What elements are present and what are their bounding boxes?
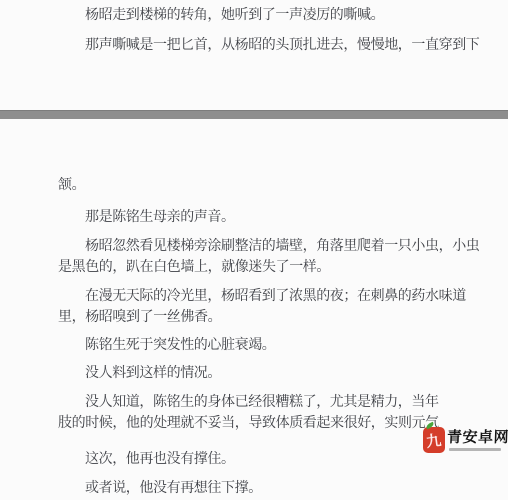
text-line: 没人料到这样的情况。 (0, 366, 508, 381)
text-line: 那是陈铭生母亲的声音。 (0, 210, 508, 225)
text-line: 或者说，他没有再想往下撑。 (0, 481, 508, 496)
watermark-site-name: 青安卓网 (447, 430, 508, 446)
text-line: 在漫无天际的冷光里，杨昭看到了浓黑的夜；在刺鼻的药水味道 (0, 289, 508, 304)
watermark: 九 青安卓网 (423, 427, 508, 453)
text-line: 这次，他再也没有撑住。 (0, 452, 508, 467)
text-line: 杨昭走到楼梯的转角，她听到了一声凌厉的嘶喊。 (0, 8, 508, 23)
text-line: 是黑色的，趴在白色墙上，就像迷失了一样。 (0, 260, 508, 275)
text-line: 杨昭忽然看见楼梯旁涂刷整洁的墙壁，角落里爬着一只小虫，小虫 (0, 239, 508, 254)
watermark-seal: 九 (423, 427, 445, 453)
text-line: 颔。 (0, 178, 508, 193)
document-page: 杨昭走到楼梯的转角，她听到了一声凌厉的嘶喊。 那声嘶喊是一把匕首，从杨昭的头顶扎… (0, 0, 508, 500)
text-line: 没人知道，陈铭生的身体已经很糟糕了，尤其是精力，当年 (0, 395, 508, 410)
watermark-subline (449, 448, 501, 451)
paragraph-block-top: 杨昭走到楼梯的转角，她听到了一声凌厉的嘶喊。 那声嘶喊是一把匕首，从杨昭的头顶扎… (0, 8, 508, 53)
section-divider (0, 110, 508, 119)
text-line: 里，杨昭嗅到了一丝佛香。 (0, 310, 508, 325)
watermark-seal-character: 九 (425, 429, 443, 452)
text-line: 陈铭生死于突发性的心脏衰竭。 (0, 338, 508, 353)
text-line: 那声嘶喊是一把匕首，从杨昭的头顶扎进去，慢慢地，一直穿到下 (0, 38, 508, 53)
